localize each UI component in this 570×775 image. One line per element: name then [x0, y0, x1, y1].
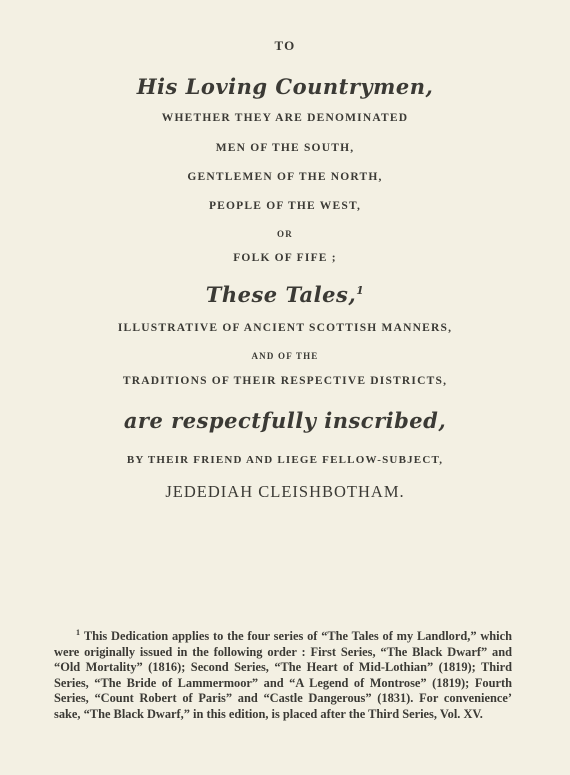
illustrative-line: ILLUSTRATIVE OF ANCIENT SCOTTISH MANNERS… [0, 322, 570, 334]
group-fife: FOLK OF FIFE ; [0, 252, 570, 264]
footnote: 1 This Dedication applies to the four se… [54, 629, 512, 723]
group-south: MEN OF THE SOUTH, [0, 142, 570, 154]
group-north: GENTLEMEN OF THE NORTH, [0, 171, 570, 183]
by-line: BY THEIR FRIEND AND LIEGE FELLOW-SUBJECT… [0, 454, 570, 466]
traditions-line: TRADITIONS OF THEIR RESPECTIVE DISTRICTS… [0, 375, 570, 387]
or-line: OR [0, 229, 570, 239]
footnote-text: This Dedication applies to the four seri… [54, 629, 512, 721]
to-line: TO [0, 38, 570, 54]
whether-line: WHETHER THEY ARE DENOMINATED [0, 112, 570, 124]
tales-heading: These Tales,1 [0, 282, 570, 307]
tales-text: These Tales, [206, 282, 356, 307]
footnote-reference[interactable]: 1 [356, 284, 364, 297]
signature: JEDEDIAH CLEISHBOTHAM. [0, 482, 570, 502]
group-west: PEOPLE OF THE WEST, [0, 200, 570, 212]
addressee-heading: His Loving Countrymen, [0, 74, 570, 99]
inscribed-heading: are respectfully inscribed, [0, 408, 570, 433]
footnote-marker: 1 [76, 628, 80, 637]
and-of-the-line: AND OF THE [0, 351, 570, 361]
